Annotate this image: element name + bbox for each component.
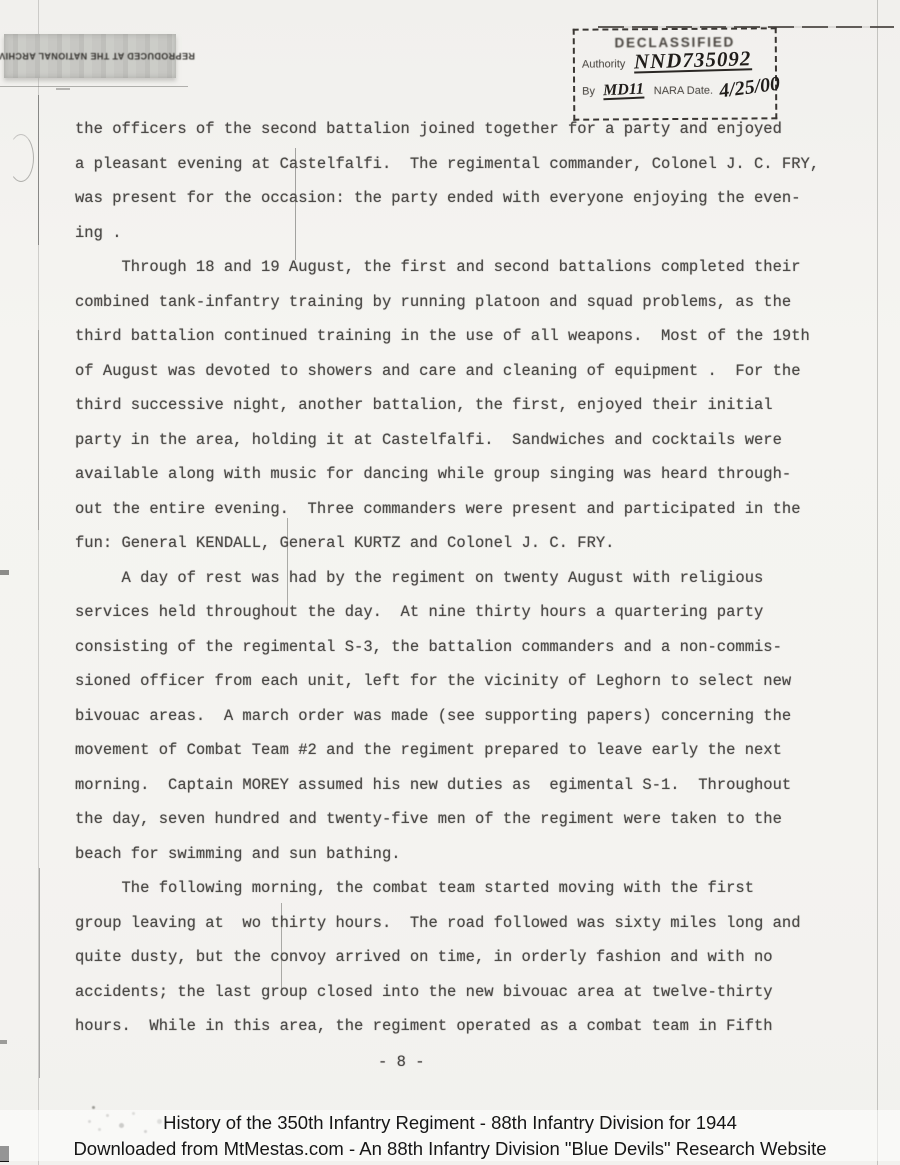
text-line: beach for swimming and sun bathing. <box>75 837 865 872</box>
scan-speckles <box>92 1106 95 1109</box>
national-archives-stamp-text: REPRODUCED AT THE NATIONAL ARCHIVES <box>0 51 194 61</box>
text-line: combined tank-infantry training by runni… <box>75 285 865 320</box>
stamp-authority-row: Authority NND735092 <box>575 49 775 77</box>
national-archives-stamp: REPRODUCED AT THE NATIONAL ARCHIVES <box>4 34 176 78</box>
scan-artifact <box>56 88 70 90</box>
text-line: available along with music for dancing w… <box>75 457 865 492</box>
text-line: movement of Combat Team #2 and the regim… <box>75 733 865 768</box>
scan-artifact <box>0 86 188 87</box>
footer-line-1: History of the 350th Infantry Regiment -… <box>0 1110 900 1136</box>
footer-line-2: Downloaded from MtMestas.com - An 88th I… <box>0 1136 900 1161</box>
text-line: out the entire evening. Three commanders… <box>75 492 865 527</box>
text-line: accidents; the last group closed into th… <box>75 975 865 1010</box>
text-line: of August was devoted to showers and car… <box>75 354 865 389</box>
authority-handwritten-value: NND735092 <box>633 48 751 73</box>
paper-edge-line-right <box>877 0 878 1165</box>
text-line: third battalion continued training in th… <box>75 319 865 354</box>
text-line: ing . <box>75 216 865 251</box>
scan-artifact <box>0 570 9 575</box>
text-line: the day, seven hundred and twenty-five m… <box>75 802 865 837</box>
text-line: quite dusty, but the convoy arrived on t… <box>75 940 865 975</box>
declassified-stamp: DECLASSIFIED Authority NND735092 By MD11… <box>573 27 778 120</box>
text-line: sioned officer from each unit, left for … <box>75 664 865 699</box>
nara-date-handwritten-value: 4/25/00 <box>719 76 782 100</box>
by-signature: MD11 <box>603 82 645 101</box>
scan-artifact <box>0 1040 7 1044</box>
text-line: group leaving at wo thirty hours. The ro… <box>75 906 865 941</box>
scan-artifact <box>38 330 39 530</box>
text-line: was present for the occasion: the party … <box>75 181 865 216</box>
stamp-by-row: By MD11 NARA Date. 4/25/00 <box>575 76 775 104</box>
authority-label: Authority <box>582 58 626 70</box>
text-line: morning. Captain MOREY assumed his new d… <box>75 768 865 803</box>
scan-artifact <box>39 868 40 1078</box>
document-text: the officers of the second battalion joi… <box>75 112 865 1044</box>
text-line: Through 18 and 19 August, the first and … <box>75 250 865 285</box>
text-line: bivouac areas. A march order was made (s… <box>75 699 865 734</box>
by-label: By <box>582 86 595 98</box>
text-line: consisting of the regimental S-3, the ba… <box>75 630 865 665</box>
text-line: The following morning, the combat team s… <box>75 871 865 906</box>
text-line: hours. While in this area, the regiment … <box>75 1009 865 1044</box>
text-line: third successive night, another battalio… <box>75 388 865 423</box>
text-line: the officers of the second battalion joi… <box>75 112 865 147</box>
nara-date-label: NARA Date. <box>654 85 713 97</box>
page-number: - 8 - <box>378 1053 425 1071</box>
scan-artifact <box>38 95 39 245</box>
footer-attribution: History of the 350th Infantry Regiment -… <box>0 1110 900 1161</box>
text-line: fun: General KENDALL, General KURTZ and … <box>75 526 865 561</box>
scanned-page: REPRODUCED AT THE NATIONAL ARCHIVES DECL… <box>0 0 900 1165</box>
text-line: services held throughout the day. At nin… <box>75 595 865 630</box>
text-line: a pleasant evening at Castelfalfi. The r… <box>75 147 865 182</box>
text-line: A day of rest was had by the regiment on… <box>75 561 865 596</box>
punch-hole-mark <box>8 134 34 182</box>
text-line: party in the area, holding it at Castelf… <box>75 423 865 458</box>
